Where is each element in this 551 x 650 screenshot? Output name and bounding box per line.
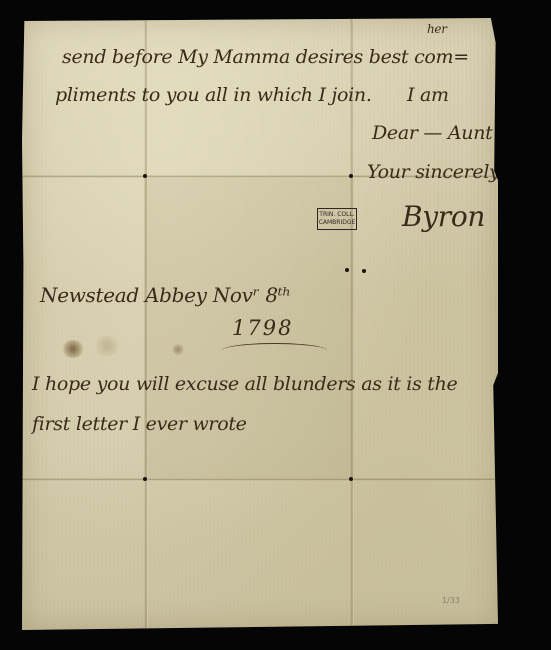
- postscript-line-2: first letter I ever wrote: [32, 413, 247, 435]
- stamp-line-2: CAMBRIDGE: [318, 219, 356, 227]
- pinhole-mark: [345, 268, 349, 272]
- library-stamp: TRIN. COLL. CAMBRIDGE: [317, 208, 357, 230]
- pinhole-mark: [349, 174, 353, 178]
- closing-valediction: Your sincerely: [367, 161, 500, 183]
- pinhole-mark: [349, 477, 353, 481]
- letter-line-2: pliments to you all in which I join.: [55, 84, 372, 106]
- closing-i-am: I am: [407, 84, 449, 106]
- fold-line-lower: [22, 478, 498, 481]
- postscript-line-1: I hope you will excuse all blunders as i…: [32, 373, 458, 395]
- ink-stain: [172, 344, 184, 355]
- closing-salutation: Dear — Aunt: [372, 122, 493, 144]
- signature: Byron: [402, 200, 485, 233]
- dateline-place: Newstead Abbey Novʳ 8ᵗʰ: [40, 283, 291, 307]
- stamp-line-1: TRIN. COLL.: [318, 211, 356, 219]
- ink-stain: [62, 340, 84, 358]
- ink-stain: [94, 336, 120, 356]
- archival-pencil-note: 1/33: [442, 596, 460, 605]
- interlinear-insertion: her: [427, 22, 447, 36]
- pinhole-mark: [143, 477, 147, 481]
- letter-page: her send before My Mamma desires best co…: [22, 18, 498, 630]
- dateline-year: 1798: [232, 316, 293, 340]
- flourish-line: [222, 343, 327, 358]
- letter-line-1: send before My Mamma desires best com=: [62, 46, 469, 68]
- pinhole-mark: [143, 174, 147, 178]
- pinhole-mark: [362, 269, 366, 273]
